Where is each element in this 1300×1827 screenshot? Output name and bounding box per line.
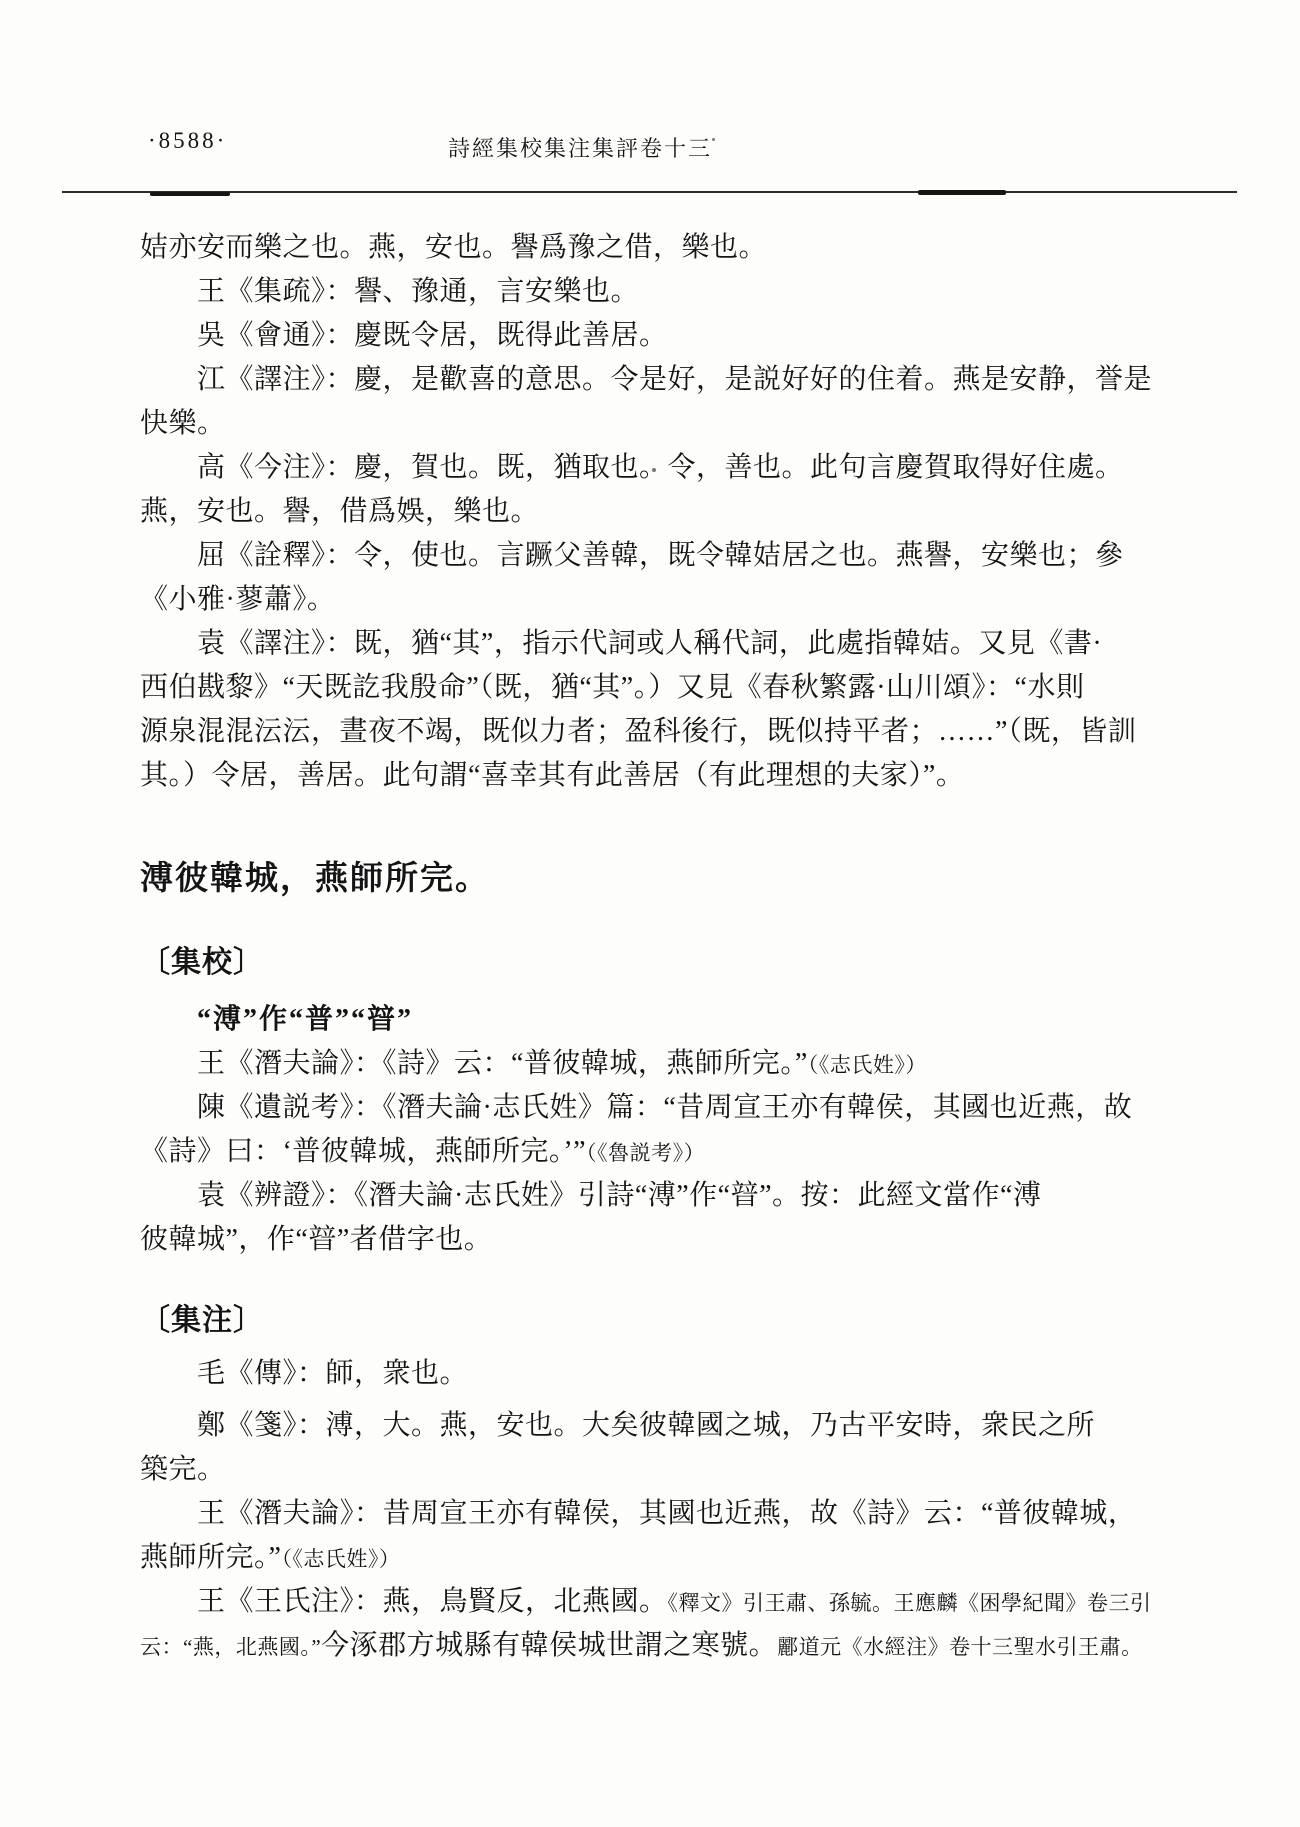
- text-line: 袁《辨證》：《潛夫論·志氏姓》引詩“溥”作“暜”。按：此經文當作“溥: [140, 1174, 1180, 1218]
- inline-source-note: 云：“燕，北燕國。”: [140, 1635, 321, 1659]
- inline-source-note: 酈道元《水經注》卷十三聖水引王肅。: [777, 1635, 1143, 1659]
- text-line: 燕，安也。譽，借爲娛，樂也。: [140, 490, 1180, 534]
- text-line: 王《潛夫論》：昔周宣王亦有韓侯，其國也近燕，故《詩》云：“普彼韓城，: [140, 1492, 1180, 1536]
- text-line: 高《今注》：慶，賀也。既，猶取也。令，善也。此句言慶賀取得好住處。: [140, 446, 1180, 490]
- text-line: 《詩》曰：‘普彼韓城，燕師所完。’”（《魯説考》）: [140, 1130, 1180, 1174]
- text-line: 快樂。: [140, 402, 1180, 446]
- scanned-book-page: ·8588· 詩經集校集注集評卷十三 姞亦安而樂之也。燕，安也。譽爲豫之借，樂也…: [0, 0, 1300, 1827]
- line-main: 今涿郡方城縣有韓侯城世謂之寒號。: [321, 1630, 777, 1661]
- running-head-title: 詩經集校集注集評卷十三: [448, 132, 712, 163]
- text-line: 西伯戡黎》“天既訖我殷命”（既，猶“其”。）又見《春秋繁露·山川頌》：“水則: [140, 666, 1180, 710]
- text-line: 王《王氏注》：燕，鳥賢反，北燕國。《釋文》引王肅、孫毓。王應麟《困學紀聞》卷三引: [140, 1580, 1180, 1624]
- verse-heading: 溥彼韓城，燕師所完。: [140, 854, 1180, 904]
- text-line: 其。）令居，善居。此句謂“喜幸其有此善居（有此理想的夫家）”。: [140, 754, 1180, 798]
- line-main: 築完。: [140, 1454, 226, 1485]
- text-line: 吳《會通》：慶既令居，既得此善居。: [140, 314, 1180, 358]
- line-main: 毛《傳》：師，衆也。: [197, 1358, 468, 1389]
- jixiao-section-label: 〔集校〕: [140, 940, 1180, 986]
- text-line: 燕師所完。”（《志氏姓》）: [140, 1536, 1180, 1580]
- text-line: 王《集疏》：譽、豫通，言安樂也。: [140, 270, 1180, 314]
- text-line: 屈《詮釋》：令，使也。言蹶父善韓，既令韓姞居之也。燕譽，安樂也；參: [140, 534, 1180, 578]
- scan-smudge: [150, 192, 230, 196]
- text-line: 《小雅·蓼蕭》。: [140, 578, 1180, 622]
- page-number: ·8588·: [148, 128, 227, 154]
- text-line: 袁《譯注》：既，猶“其”，指示代詞或人稱代詞，此處指韓姞。又見《書·: [140, 622, 1180, 666]
- text-line: 彼韓城”，作“暜”者借字也。: [140, 1218, 1180, 1262]
- line-main: 王《潛夫論》：《詩》云：“普彼韓城，燕師所完。”: [197, 1048, 808, 1079]
- line-main: 袁《辨證》：《潛夫論·志氏姓》引詩“溥”作“暜”。按：此經文當作“溥: [197, 1180, 1041, 1211]
- text-line: 築完。: [140, 1448, 1180, 1492]
- text-line: 毛《傳》：師，衆也。: [140, 1352, 1180, 1396]
- variant-note: “溥”作“普”“暜”: [140, 998, 1180, 1042]
- inline-source-note: （《志氏姓》）: [281, 1547, 400, 1571]
- text-line: 王《潛夫論》：《詩》云：“普彼韓城，燕師所完。”（《志氏姓》）: [140, 1042, 1180, 1086]
- scan-smudge: [918, 190, 1006, 195]
- text-line: 云：“燕，北燕國。”今涿郡方城縣有韓侯城世謂之寒號。酈道元《水經注》卷十三聖水引…: [140, 1624, 1180, 1668]
- text-line: 江《譯注》：慶，是歡喜的意思。令是好，是説好好的住着。燕是安静，誉是: [140, 358, 1180, 402]
- line-main: 王《潛夫論》：昔周宣王亦有韓侯，其國也近燕，故《詩》云：“普彼韓城，: [197, 1498, 1136, 1529]
- text-line: 陳《遺説考》：《潛夫論·志氏姓》篇：“昔周宣王亦有韓侯，其國也近燕，故: [140, 1086, 1180, 1130]
- line-main: 陳《遺説考》：《潛夫論·志氏姓》篇：“昔周宣王亦有韓侯，其國也近燕，故: [197, 1092, 1132, 1123]
- page-body: 姞亦安而樂之也。燕，安也。譽爲豫之借，樂也。 王《集疏》：譽、豫通，言安樂也。 …: [140, 226, 1180, 1668]
- header-rule: [62, 191, 1237, 193]
- line-main: 鄭《箋》：溥，大。燕，安也。大矣彼韓國之城，乃古平安時，衆民之所: [197, 1410, 1095, 1441]
- text-line: 姞亦安而樂之也。燕，安也。譽爲豫之借，樂也。: [140, 226, 1180, 270]
- inline-source-note: 《釋文》引王肅、孫毓。王應麟《困學紀聞》卷三引: [668, 1591, 1152, 1615]
- inline-source-note: （《志氏姓》）: [808, 1053, 927, 1077]
- inline-source-note: （《魯説考》）: [586, 1141, 705, 1165]
- line-main: 王《王氏注》：燕，鳥賢反，北燕國。: [197, 1586, 668, 1617]
- text-line: 鄭《箋》：溥，大。燕，安也。大矣彼韓國之城，乃古平安時，衆民之所: [140, 1404, 1180, 1448]
- line-main: 《詩》曰：‘普彼韓城，燕師所完。’”: [140, 1136, 586, 1167]
- line-main: 彼韓城”，作“暜”者借字也。: [140, 1224, 492, 1255]
- text-line: 源泉混混沄沄，晝夜不竭，既似力者；盈科後行，既似持平者；……”（既，皆訓: [140, 710, 1180, 754]
- scan-speck: [712, 138, 715, 141]
- line-main: 燕師所完。”: [140, 1542, 281, 1573]
- jizhu-section-label: 〔集注〕: [140, 1298, 1180, 1344]
